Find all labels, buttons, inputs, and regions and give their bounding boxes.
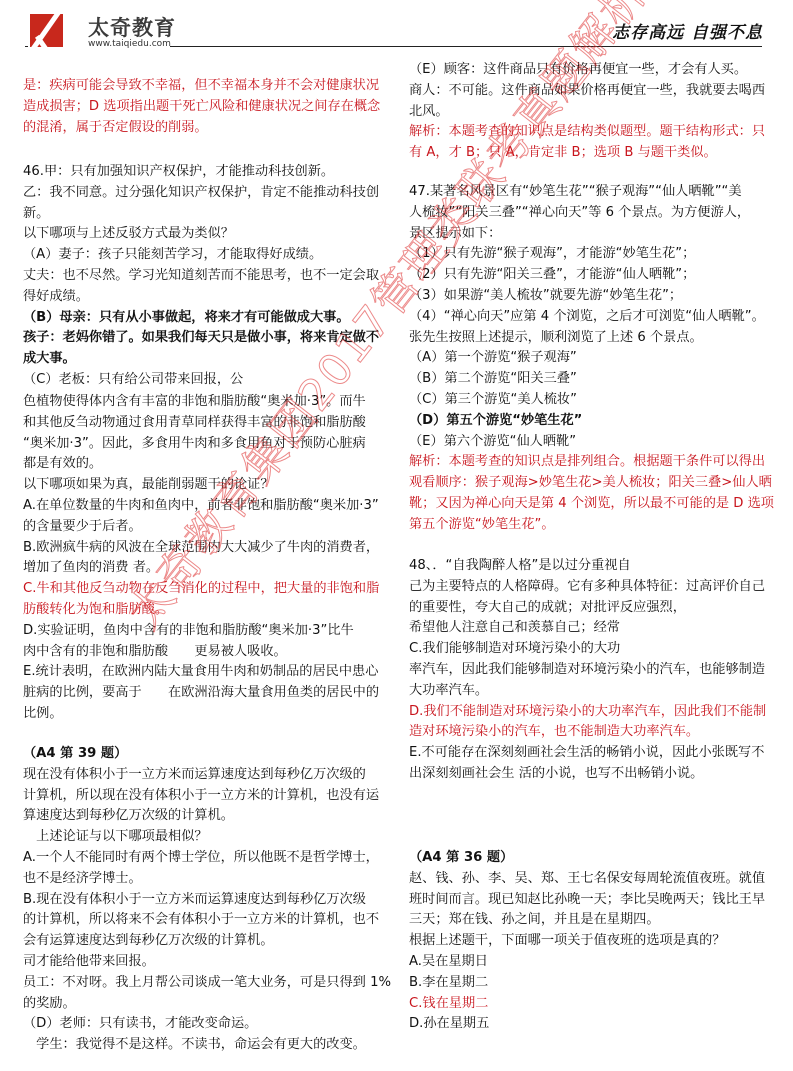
- question-48: 48、．“自我陶醉人格”是以过分重视自 己为主要特点的人格障碍。它有多种具体特征…: [409, 556, 779, 785]
- question-stem: 景区提示如下：: [409, 224, 779, 245]
- option-a: 得好成绩。: [23, 287, 393, 308]
- taiqi-logo-icon: [30, 14, 63, 47]
- option-b: 会有运算速度达到每秒亿万次级的计算机。: [23, 931, 393, 952]
- brand-url: www.taiqiedu.com: [88, 39, 171, 49]
- question-fatty-acid: 色植物使得体内含有丰富的非饱和脂肪酸“奥米加·3”。而牛 和其他反刍动物通过食用…: [23, 392, 393, 725]
- analysis-line: 观看顺序：猴子观海>妙笔生花>美人梳妆；阳关三叠>仙人晒: [409, 473, 779, 494]
- option-e: E.统计表明，在欧洲内陆大量食用牛肉和奶制品的居民中患心: [23, 662, 393, 683]
- prev-question-analysis: 是：疾病可能会导致不幸福，但不幸福本身并不会对健康状况 造成损害；D 选项指出题…: [23, 76, 393, 138]
- question-prompt: 以下哪项如果为真，最能削弱题干的论证？: [23, 475, 393, 496]
- option-c: 率汽车，因此我们能够制造对环境污染小的汽车，也能够制造: [409, 660, 779, 681]
- question-stem: 班时间而言。现已知赵比孙晚一天；李比吴晚两天；钱比王早: [409, 890, 779, 911]
- option-d: 学生：我觉得不是这样。不读书，命运会有更大的改变。: [23, 1035, 393, 1056]
- question-stem: 46.甲：只有加强知识产权保护，才能推动科技创新。: [23, 162, 393, 183]
- analysis-line: 的混淆，属于否定假设的削弱。: [23, 118, 393, 139]
- question-stem: 的重要性，夸大自己的成就；对批评反应强烈，: [409, 598, 779, 619]
- option-d-answer: 造对环境污染小的汽车，也不能制造大功率汽车。: [409, 722, 779, 743]
- option-c: 大功率汽车。: [409, 681, 779, 702]
- option-c-answer: C.钱在星期二: [409, 994, 779, 1015]
- option-e: 脏病的比例，要高于 在欧洲沿海大量食用鱼类的居民中的: [23, 683, 393, 704]
- analysis-line: 第五个游览“妙笔生花”。: [409, 515, 779, 536]
- option-a: A.一个人不能同时有两个博士学位，所以他既不是哲学博士，: [23, 848, 393, 869]
- condition-2: （2）只有先游“阳关三叠”，才能游“仙人晒靴”；: [409, 265, 779, 286]
- option-e: 出深刻刻画社会生 活的小说，也写不出畅销小说。: [409, 764, 779, 785]
- option-e: 商人：不可能。这件商品如果价格再便宜一些，我就要去喝西: [409, 81, 779, 102]
- question-prompt: 根据上述题干，下面哪一项关于值夜班的选项是真的？: [409, 931, 779, 952]
- option-a: A.在单位数量的牛肉和鱼肉中，前者非饱和脂肪酸“奥米加·3”: [23, 496, 393, 517]
- option-a: 的含量要少于后者。: [23, 517, 393, 538]
- option-e: （E）第六个游览“仙人晒靴”: [409, 432, 779, 453]
- condition-4: （4）“禅心向天”应第 4 个浏览，之后才可浏览“仙人晒靴”。: [409, 307, 779, 328]
- header-divider-dash: [25, 46, 28, 47]
- question-a4-36: （A4 第 36 题） 赵、钱、孙、李、吴、郑、王七名保安每周轮流值夜班。就值 …: [409, 848, 779, 1035]
- condition-1: （1）只有先游“猴子观海”，才能游“妙笔生花”；: [409, 244, 779, 265]
- question-stem: 和其他反刍动物通过食用青草同样获得丰富的非饱和脂肪酸: [23, 413, 393, 434]
- option-c: （C）老板：只有给公司带来回报，公: [23, 370, 393, 391]
- option-b-answer: （B）母亲：只有从小事做起，将来才有可能做成大事。: [23, 308, 393, 329]
- option-c: C.我们能够制造对环境污染小的大功: [409, 639, 779, 660]
- option-a: A.吴在星期日: [409, 952, 779, 973]
- question-47: 47.某著名风景区有“妙笔生花”“猴子观海”“仙人晒靴”“美 人梳妆”“阳关三叠…: [409, 182, 779, 536]
- question-stem: 新。: [23, 204, 393, 225]
- option-d: （D）老师：只有读书，才能改变命运。: [23, 1014, 393, 1035]
- question-stem: 色植物使得体内含有丰富的非饱和脂肪酸“奥米加·3”。而牛: [23, 392, 393, 413]
- option-b-answer: 成大事。: [23, 349, 393, 370]
- question-stem: 现在没有体积小于一立方米而运算速度达到每秒亿万次级的: [23, 765, 393, 786]
- option-e: 比例。: [23, 704, 393, 725]
- option-c-answer: 肪酸转化为饱和脂肪酸。: [23, 600, 393, 621]
- option-c-continuation: 司才能给他带来回报。: [23, 952, 393, 973]
- option-e: （E）顾客：这件商品只有价格再便宜一些，才会有人买。: [409, 60, 779, 81]
- question-stem: 乙：我不同意。过分强化知识产权保护，肯定不能推动科技创: [23, 183, 393, 204]
- option-b-answer: 孩子：老妈你错了。如果我们每天只是做小事，将来肯定做不: [23, 328, 393, 349]
- question-prompt: 上述论证与以下哪项最相似？: [23, 827, 393, 848]
- condition-3: （3）如果游“美人梳妆”就要先游“妙笔生花”；: [409, 286, 779, 307]
- analysis-line: 是：疾病可能会导致不幸福，但不幸福本身并不会对健康状况: [23, 76, 393, 97]
- question-stem: “奥米加·3”。因此，多食用牛肉和多食用鱼对于预防心脏病: [23, 434, 393, 455]
- question-46-continued: （E）顾客：这件商品只有价格再便宜一些，才会有人买。 商人：不可能。这件商品如果…: [409, 60, 779, 164]
- option-b: （B）第二个游览“阳关三叠”: [409, 369, 779, 390]
- option-a: 也不是经济学博士。: [23, 869, 393, 890]
- option-d: 肉中含有的非饱和脂肪酸 更易被人吸收。: [23, 642, 393, 663]
- question-prompt: 张先生按照上述提示，顺利浏览了上述 6 个景点。: [409, 328, 779, 349]
- page-header: 太奇教育 www.taiqiedu.com 志存高远 自强不息: [0, 0, 793, 60]
- question-stem: 48、．“自我陶醉人格”是以过分重视自: [409, 556, 779, 577]
- question-stem: 人梳妆”“阳关三叠”“禅心向天”等 6 个景点。为方便游人，: [409, 203, 779, 224]
- option-c-answer: C.牛和其他反刍动物在反刍消化的过程中，把大量的非饱和脂: [23, 579, 393, 600]
- option-d: D.孙在星期五: [409, 1014, 779, 1035]
- question-stem: 赵、钱、孙、李、吴、郑、王七名保安每周轮流值夜班。就值: [409, 869, 779, 890]
- option-b: 的计算机，所以将来不会有体积小于一立方米的计算机，也不: [23, 910, 393, 931]
- option-d-answer: （D）第五个游览“妙笔生花”: [409, 411, 779, 432]
- question-title: （A4 第 36 题）: [409, 848, 779, 869]
- question-a4-39: （A4 第 39 题） 现在没有体积小于一立方米而运算速度达到每秒亿万次级的 计…: [23, 744, 393, 1056]
- option-c-continuation: 员工：不对呀。我上月帮公司谈成一笔大业务，可是只得到 1%: [23, 973, 393, 994]
- question-stem: 希望他人注意自己和羡慕自己；经常: [409, 618, 779, 639]
- option-c-continuation: 的奖励。: [23, 994, 393, 1015]
- option-a: （A）第一个游览“猴子观海”: [409, 348, 779, 369]
- option-c: （C）第三个游览“美人梳妆”: [409, 390, 779, 411]
- option-b: 增加了鱼肉的消费 者。: [23, 558, 393, 579]
- question-stem: 47.某著名风景区有“妙笔生花”“猴子观海”“仙人晒靴”“美: [409, 182, 779, 203]
- option-b: B.欧洲疯牛病的风波在全球范围内大大减少了牛肉的消费者，: [23, 538, 393, 559]
- question-stem: 算速度达到每秒亿万次级的计算机。: [23, 806, 393, 827]
- analysis-line: 造成损害；D 选项指出题干死亡风险和健康状况之间存在概念: [23, 97, 393, 118]
- analysis-line: 解析：本题考查的知识点是排列组合。根据题干条件可以得出: [409, 452, 779, 473]
- question-stem: 都是有效的。: [23, 454, 393, 475]
- option-e: 北风。: [409, 102, 779, 123]
- analysis-line: 靴；又因为禅心向天是第 4 个浏览，所以最不可能的是 D 选项: [409, 494, 779, 515]
- option-d: D.实验证明，鱼肉中含有的非饱和脂肪酸“奥米加·3”比牛: [23, 621, 393, 642]
- option-e: E.不可能存在深刻刻画社会生活的畅销小说，因此小张既写不: [409, 743, 779, 764]
- question-stem: 计算机，所以现在没有体积小于一立方米的计算机，也没有运: [23, 786, 393, 807]
- question-title: （A4 第 39 题）: [23, 744, 393, 765]
- option-a: 丈夫：也不尽然。学习光知道刻苦而不能思考，也不一定会取: [23, 266, 393, 287]
- option-d-answer: D.我们不能制造对环境污染小的大功率汽车，因此我们不能制: [409, 702, 779, 723]
- brand-name: 太奇教育: [88, 12, 176, 42]
- question-prompt: 以下哪项与上述反驳方式最为类似？: [23, 224, 393, 245]
- header-divider: [170, 46, 762, 47]
- option-b: B.李在星期二: [409, 973, 779, 994]
- slogan: 志存高远 自强不息: [612, 18, 763, 43]
- analysis-line: 有 A，才 B；只 A，肯定非 B；选项 B 与题干类似。: [409, 143, 779, 164]
- option-b: B.现在没有体积小于一立方米而运算速度达到每秒亿万次级: [23, 890, 393, 911]
- question-stem: 己为主要特点的人格障碍。它有多种具体特征：过高评价自己: [409, 577, 779, 598]
- option-a: （A）妻子：孩子只能刻苦学习，才能取得好成绩。: [23, 245, 393, 266]
- question-46: 46.甲：只有加强知识产权保护，才能推动科技创新。 乙：我不同意。过分强化知识产…: [23, 162, 393, 391]
- question-stem: 三天；郑在钱、孙之间，并且是在星期四。: [409, 910, 779, 931]
- analysis-line: 解析：本题考查的知识点是结构类似题型。题干结构形式：只: [409, 122, 779, 143]
